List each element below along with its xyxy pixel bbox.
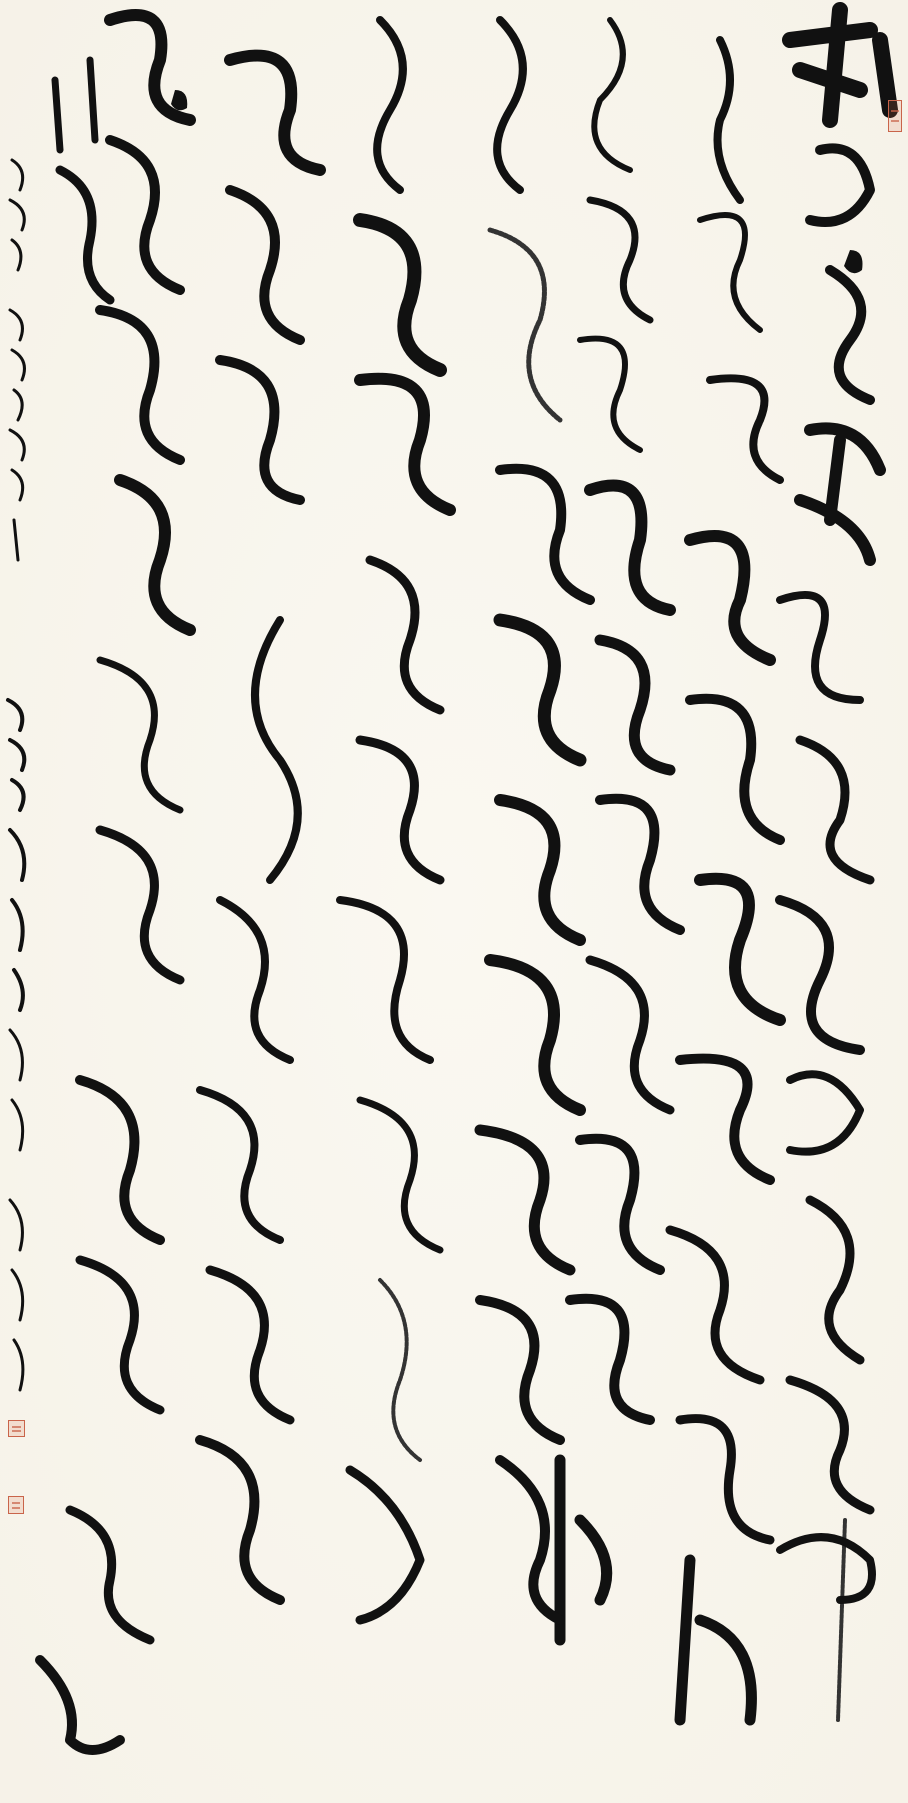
column-4: [480, 20, 590, 1620]
calligraphy-ink-strokes: [0, 0, 908, 1803]
column-8: [55, 60, 110, 300]
top-right-seal: [888, 100, 902, 132]
inscription: [8, 160, 24, 1390]
signature-seal-2: [8, 1496, 24, 1514]
column-6: [171, 56, 320, 1600]
column-7: [40, 15, 190, 1750]
column-5: [340, 20, 450, 1620]
column-2: [670, 40, 780, 1720]
column-3: [560, 20, 680, 1640]
calligraphy-scroll: [0, 0, 908, 1803]
column-1: [780, 10, 890, 1720]
signature-seal-1: [8, 1420, 25, 1437]
